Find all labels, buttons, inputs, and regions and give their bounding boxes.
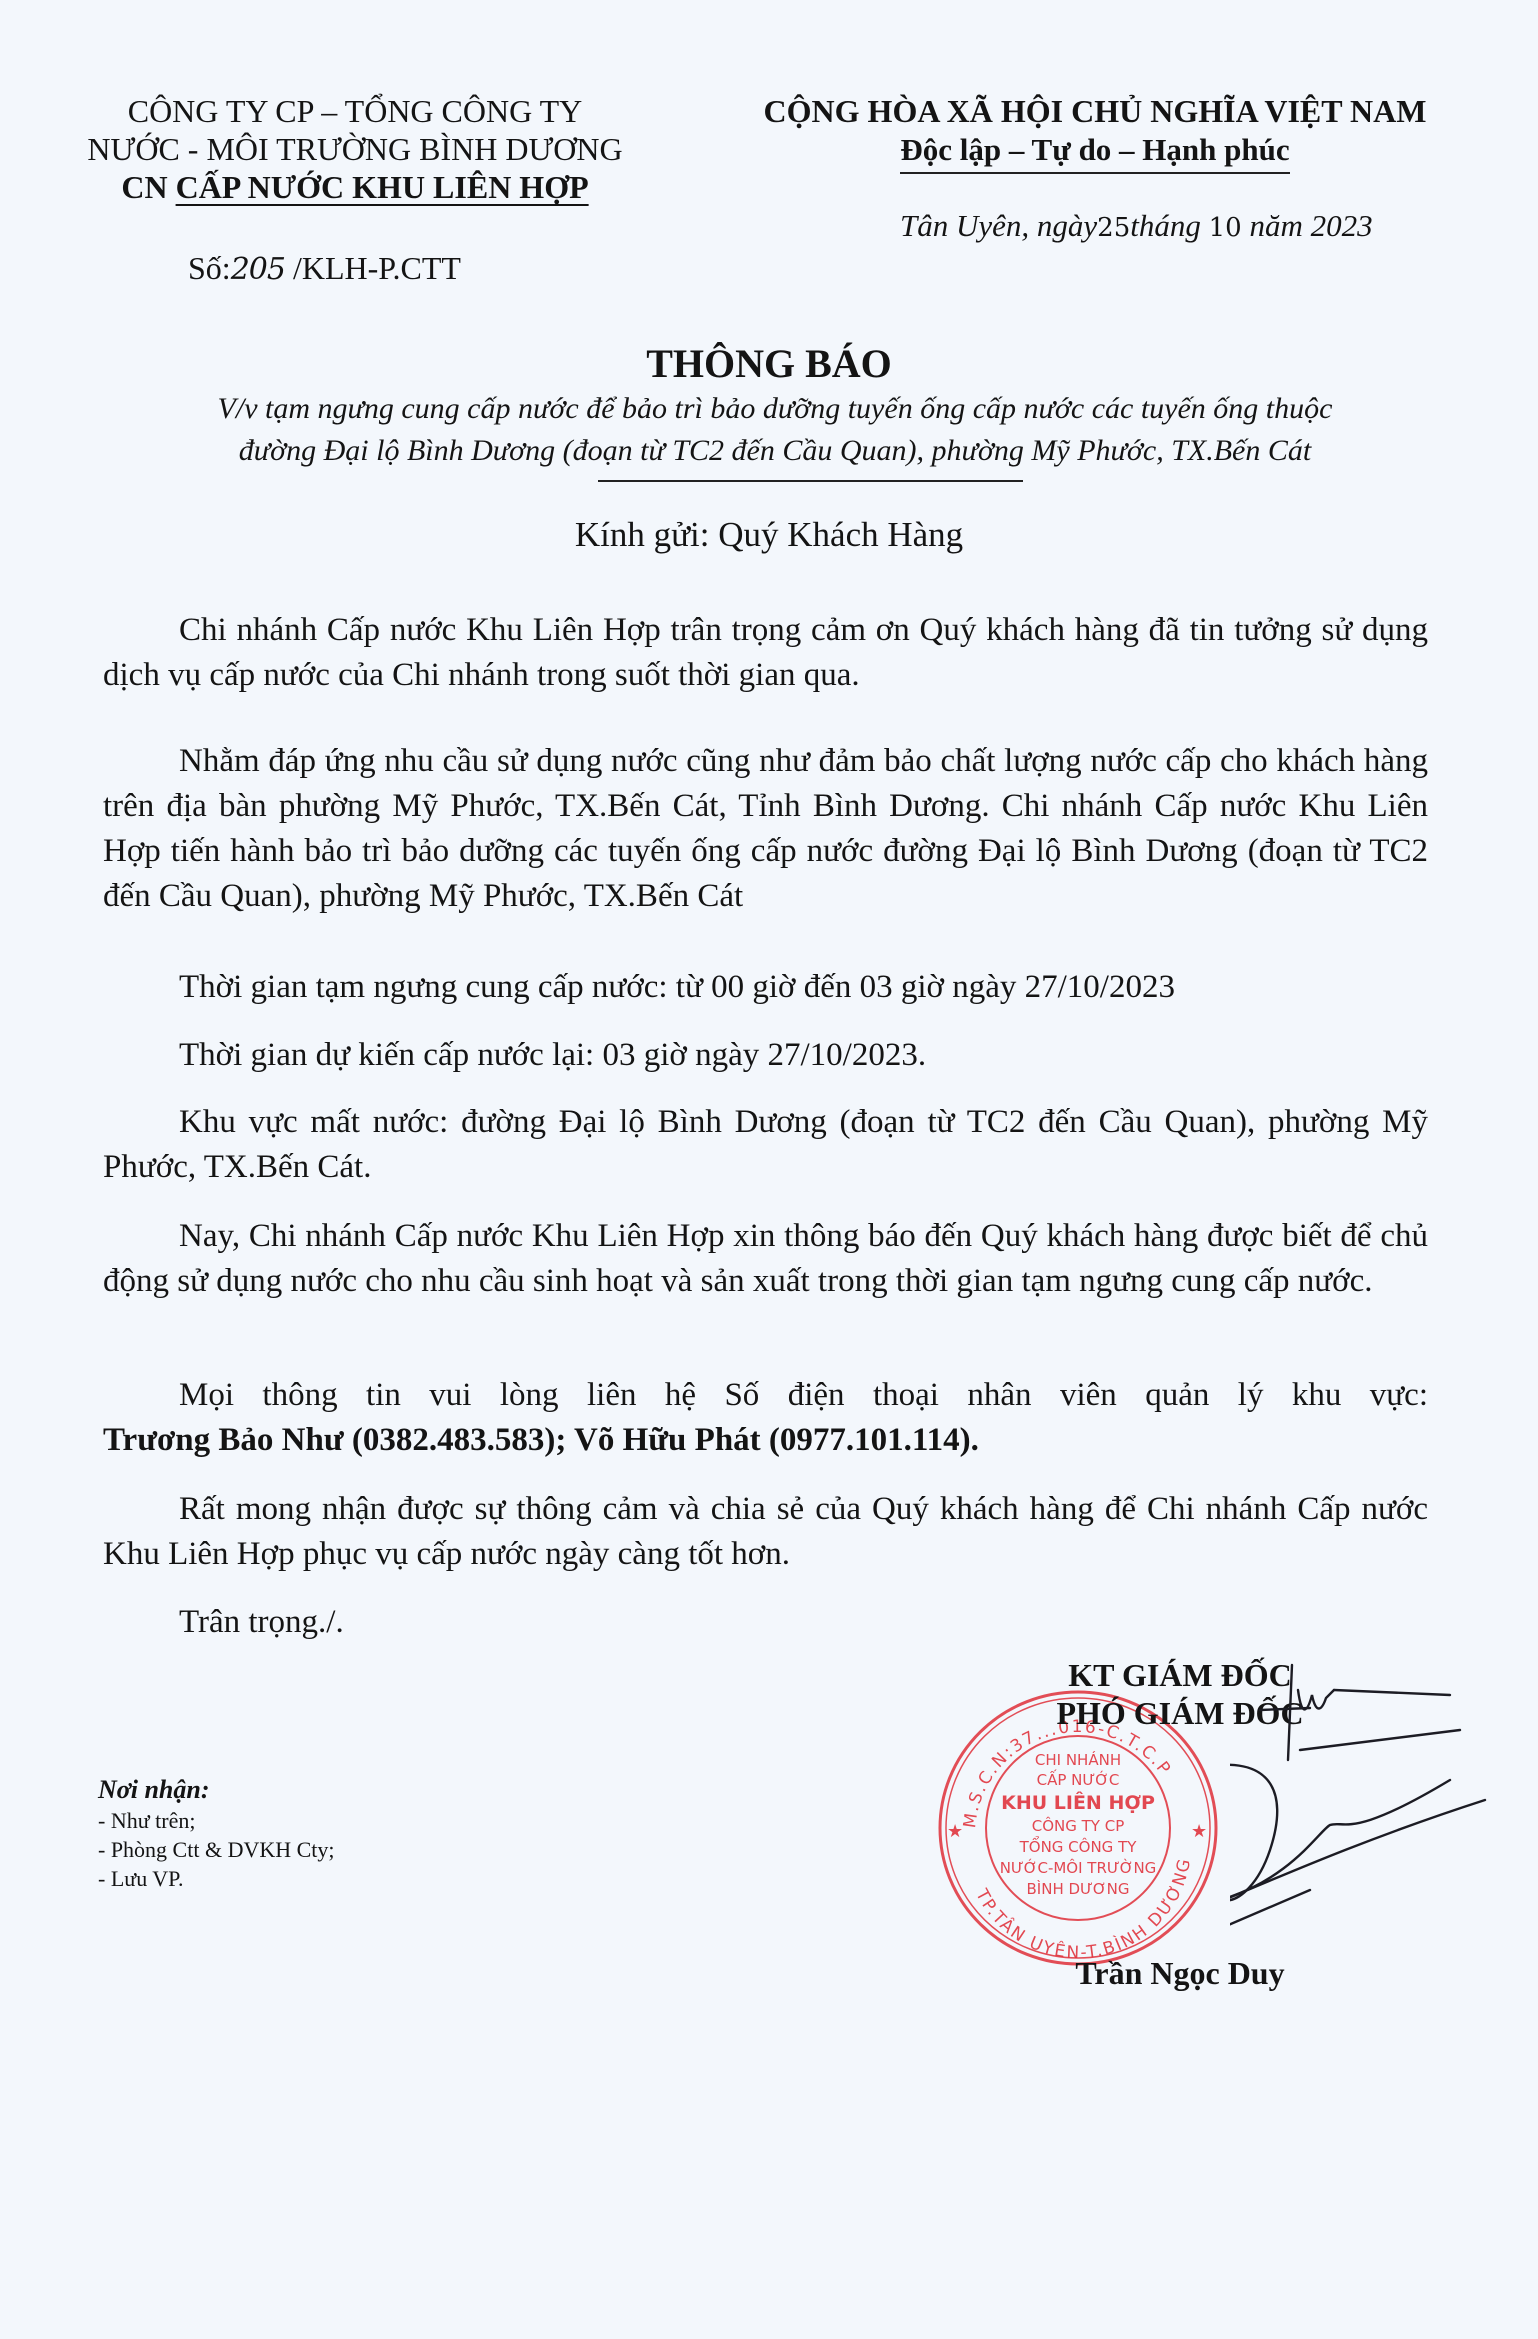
- signatory-name: Trần Ngọc Duy: [1010, 1955, 1350, 1992]
- svg-text:NƯỚC-MÔI TRƯỜNG: NƯỚC-MÔI TRƯỜNG: [1000, 1858, 1157, 1877]
- issuer-branch-name: CẤP NƯỚC KHU LIÊN HỢP: [176, 169, 589, 205]
- doc-number-label: Số:: [188, 250, 231, 286]
- body-paragraph-2: Nhằm đáp ứng nhu cầu sử dụng nước cũng n…: [103, 739, 1428, 919]
- subject-line-2: đường Đại lộ Bình Dương (đoạn từ TC2 đến…: [150, 430, 1400, 472]
- body-restore-time: Thời gian dự kiến cấp nước lại: 03 giờ n…: [103, 1033, 1428, 1078]
- svg-text:CẤP NƯỚC: CẤP NƯỚC: [1037, 1768, 1120, 1789]
- national-header: CỘNG HÒA XÃ HỘI CHỦ NGHĨA VIỆT NAM Độc l…: [720, 92, 1470, 174]
- issuer-branch-prefix: CN: [121, 169, 175, 205]
- document-title: THÔNG BÁO: [0, 340, 1538, 387]
- paragraph-text: Nay, Chi nhánh Cấp nước Khu Liên Hợp xin…: [103, 1214, 1428, 1304]
- date-month-label: tháng: [1130, 208, 1208, 243]
- issuer-line-1: CÔNG TY CP – TỔNG CÔNG TY: [40, 92, 670, 130]
- closing-regards: Trân trọng./.: [103, 1600, 1428, 1645]
- contact-intro: Mọi thông tin vui lòng liên hệ Số điện t…: [103, 1373, 1428, 1418]
- svg-text:★: ★: [947, 1821, 963, 1842]
- doc-number-suffix: /KLH-P.CTT: [285, 250, 461, 286]
- body-paragraph-notice: Nay, Chi nhánh Cấp nước Khu Liên Hợp xin…: [103, 1214, 1428, 1304]
- issuer-line-2: NƯỚC - MÔI TRƯỜNG BÌNH DƯƠNG: [40, 130, 670, 168]
- recipient-item: - Phòng Ctt & DVKH Cty;: [98, 1835, 335, 1864]
- svg-text:CHI NHÁNH: CHI NHÁNH: [1035, 1750, 1121, 1769]
- handwritten-signature-icon: [1230, 1650, 1490, 1980]
- svg-text:TỔNG CÔNG TY: TỔNG CÔNG TY: [1019, 1835, 1138, 1856]
- date-day-handwritten: 25: [1097, 213, 1130, 243]
- recipients-list: Nơi nhận: - Như trên; - Phòng Ctt & DVKH…: [98, 1774, 335, 1893]
- subject-line-1: V/v tạm ngưng cung cấp nước để bảo trì b…: [150, 388, 1400, 430]
- paragraph-text: Nhằm đáp ứng nhu cầu sử dụng nước cũng n…: [103, 739, 1428, 919]
- paragraph-text: Chi nhánh Cấp nước Khu Liên Hợp trân trọ…: [103, 608, 1428, 698]
- title-divider: [598, 480, 1023, 482]
- recipient-item: - Lưu VP.: [98, 1864, 335, 1893]
- body-contact: Mọi thông tin vui lòng liên hệ Số điện t…: [103, 1373, 1428, 1463]
- date-month-handwritten: 10: [1209, 213, 1242, 243]
- document-date: Tân Uyên, ngày25tháng 10 năm 2023: [900, 208, 1373, 244]
- svg-text:KHU LIÊN HỢP: KHU LIÊN HỢP: [1001, 1791, 1155, 1814]
- paragraph-text: Thời gian dự kiến cấp nước lại: 03 giờ n…: [103, 1033, 1428, 1078]
- svg-text:★: ★: [1191, 1821, 1207, 1842]
- contact-phones: Trương Bảo Như (0382.483.583); Võ Hữu Ph…: [103, 1418, 1428, 1463]
- document-number: Số:205 /KLH-P.CTT: [188, 250, 461, 287]
- paragraph-text: Rất mong nhận được sự thông cảm và chia …: [103, 1487, 1428, 1577]
- svg-text:BÌNH DƯƠNG: BÌNH DƯƠNG: [1027, 1879, 1130, 1898]
- issuer-block: CÔNG TY CP – TỔNG CÔNG TY NƯỚC - MÔI TRƯ…: [40, 92, 670, 206]
- body-paragraph-closing: Rất mong nhận được sự thông cảm và chia …: [103, 1487, 1428, 1577]
- date-prefix: Tân Uyên, ngày: [900, 208, 1097, 243]
- body-paragraph-1: Chi nhánh Cấp nước Khu Liên Hợp trân trọ…: [103, 608, 1428, 698]
- issuer-branch: CN CẤP NƯỚC KHU LIÊN HỢP: [40, 168, 670, 206]
- doc-number-handwritten: 205: [231, 252, 285, 287]
- nation-name: CỘNG HÒA XÃ HỘI CHỦ NGHĨA VIỆT NAM: [720, 92, 1470, 130]
- paragraph-text: Trân trọng./.: [103, 1600, 1428, 1645]
- document-subject: V/v tạm ngưng cung cấp nước để bảo trì b…: [150, 388, 1400, 472]
- paragraph-text: Khu vực mất nước: đường Đại lộ Bình Dươn…: [103, 1100, 1428, 1190]
- salutation: Kính gửi: Quý Khách Hàng: [0, 515, 1538, 555]
- recipient-item: - Như trên;: [98, 1806, 335, 1835]
- date-year: năm 2023: [1242, 208, 1373, 243]
- paragraph-text: Thời gian tạm ngưng cung cấp nước: từ 00…: [103, 965, 1428, 1010]
- svg-text:CÔNG TY CP: CÔNG TY CP: [1032, 1816, 1125, 1835]
- body-outage-area: Khu vực mất nước: đường Đại lộ Bình Dươn…: [103, 1100, 1428, 1190]
- body-outage-time: Thời gian tạm ngưng cung cấp nước: từ 00…: [103, 965, 1428, 1010]
- recipients-heading: Nơi nhận:: [98, 1774, 335, 1806]
- national-motto: Độc lập – Tự do – Hạnh phúc: [900, 131, 1289, 174]
